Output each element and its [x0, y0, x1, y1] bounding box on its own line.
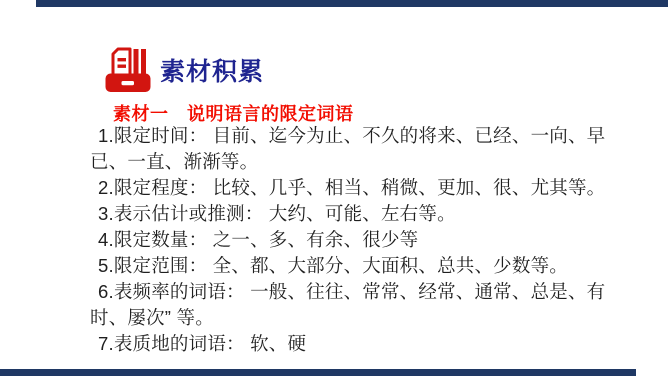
list-line-5: 5.限定范围： 全、都、大部分、大面积、总共、少数等。	[90, 253, 590, 279]
slide-header: 素材积累	[105, 46, 264, 93]
content-area: 1.限定时间： 目前、迄今为止、不久的将来、已经、一向、早 已、一直、渐渐等。 …	[90, 123, 590, 357]
list-line-6a: 6.表频率的词语： 一般、往往、常常、经常、通常、总是、有	[90, 279, 590, 305]
list-line-3: 3.表示估计或推测： 大约、可能、左右等。	[90, 201, 590, 227]
list-line-1a: 1.限定时间： 目前、迄今为止、不久的将来、已经、一向、早	[90, 123, 590, 149]
list-line-6b: 时、屡次” 等。	[90, 305, 590, 331]
list-line-1b: 已、一直、渐渐等。	[90, 149, 590, 175]
list-line-4: 4.限定数量： 之一、多、有余、很少等	[90, 227, 590, 253]
top-accent-bar	[36, 0, 668, 7]
document-tray-icon	[105, 46, 151, 93]
list-line-7: 7.表质地的词语： 软、硬	[90, 331, 590, 357]
bottom-accent-bar	[0, 369, 636, 376]
list-line-2: 2.限定程度： 比较、几乎、相当、稍微、更加、很、尤其等。	[90, 175, 590, 201]
page-title: 素材积累	[160, 52, 264, 88]
slide: 素材积累 素材一 说明语言的限定词语 1.限定时间： 目前、迄今为止、不久的将来…	[0, 0, 668, 376]
